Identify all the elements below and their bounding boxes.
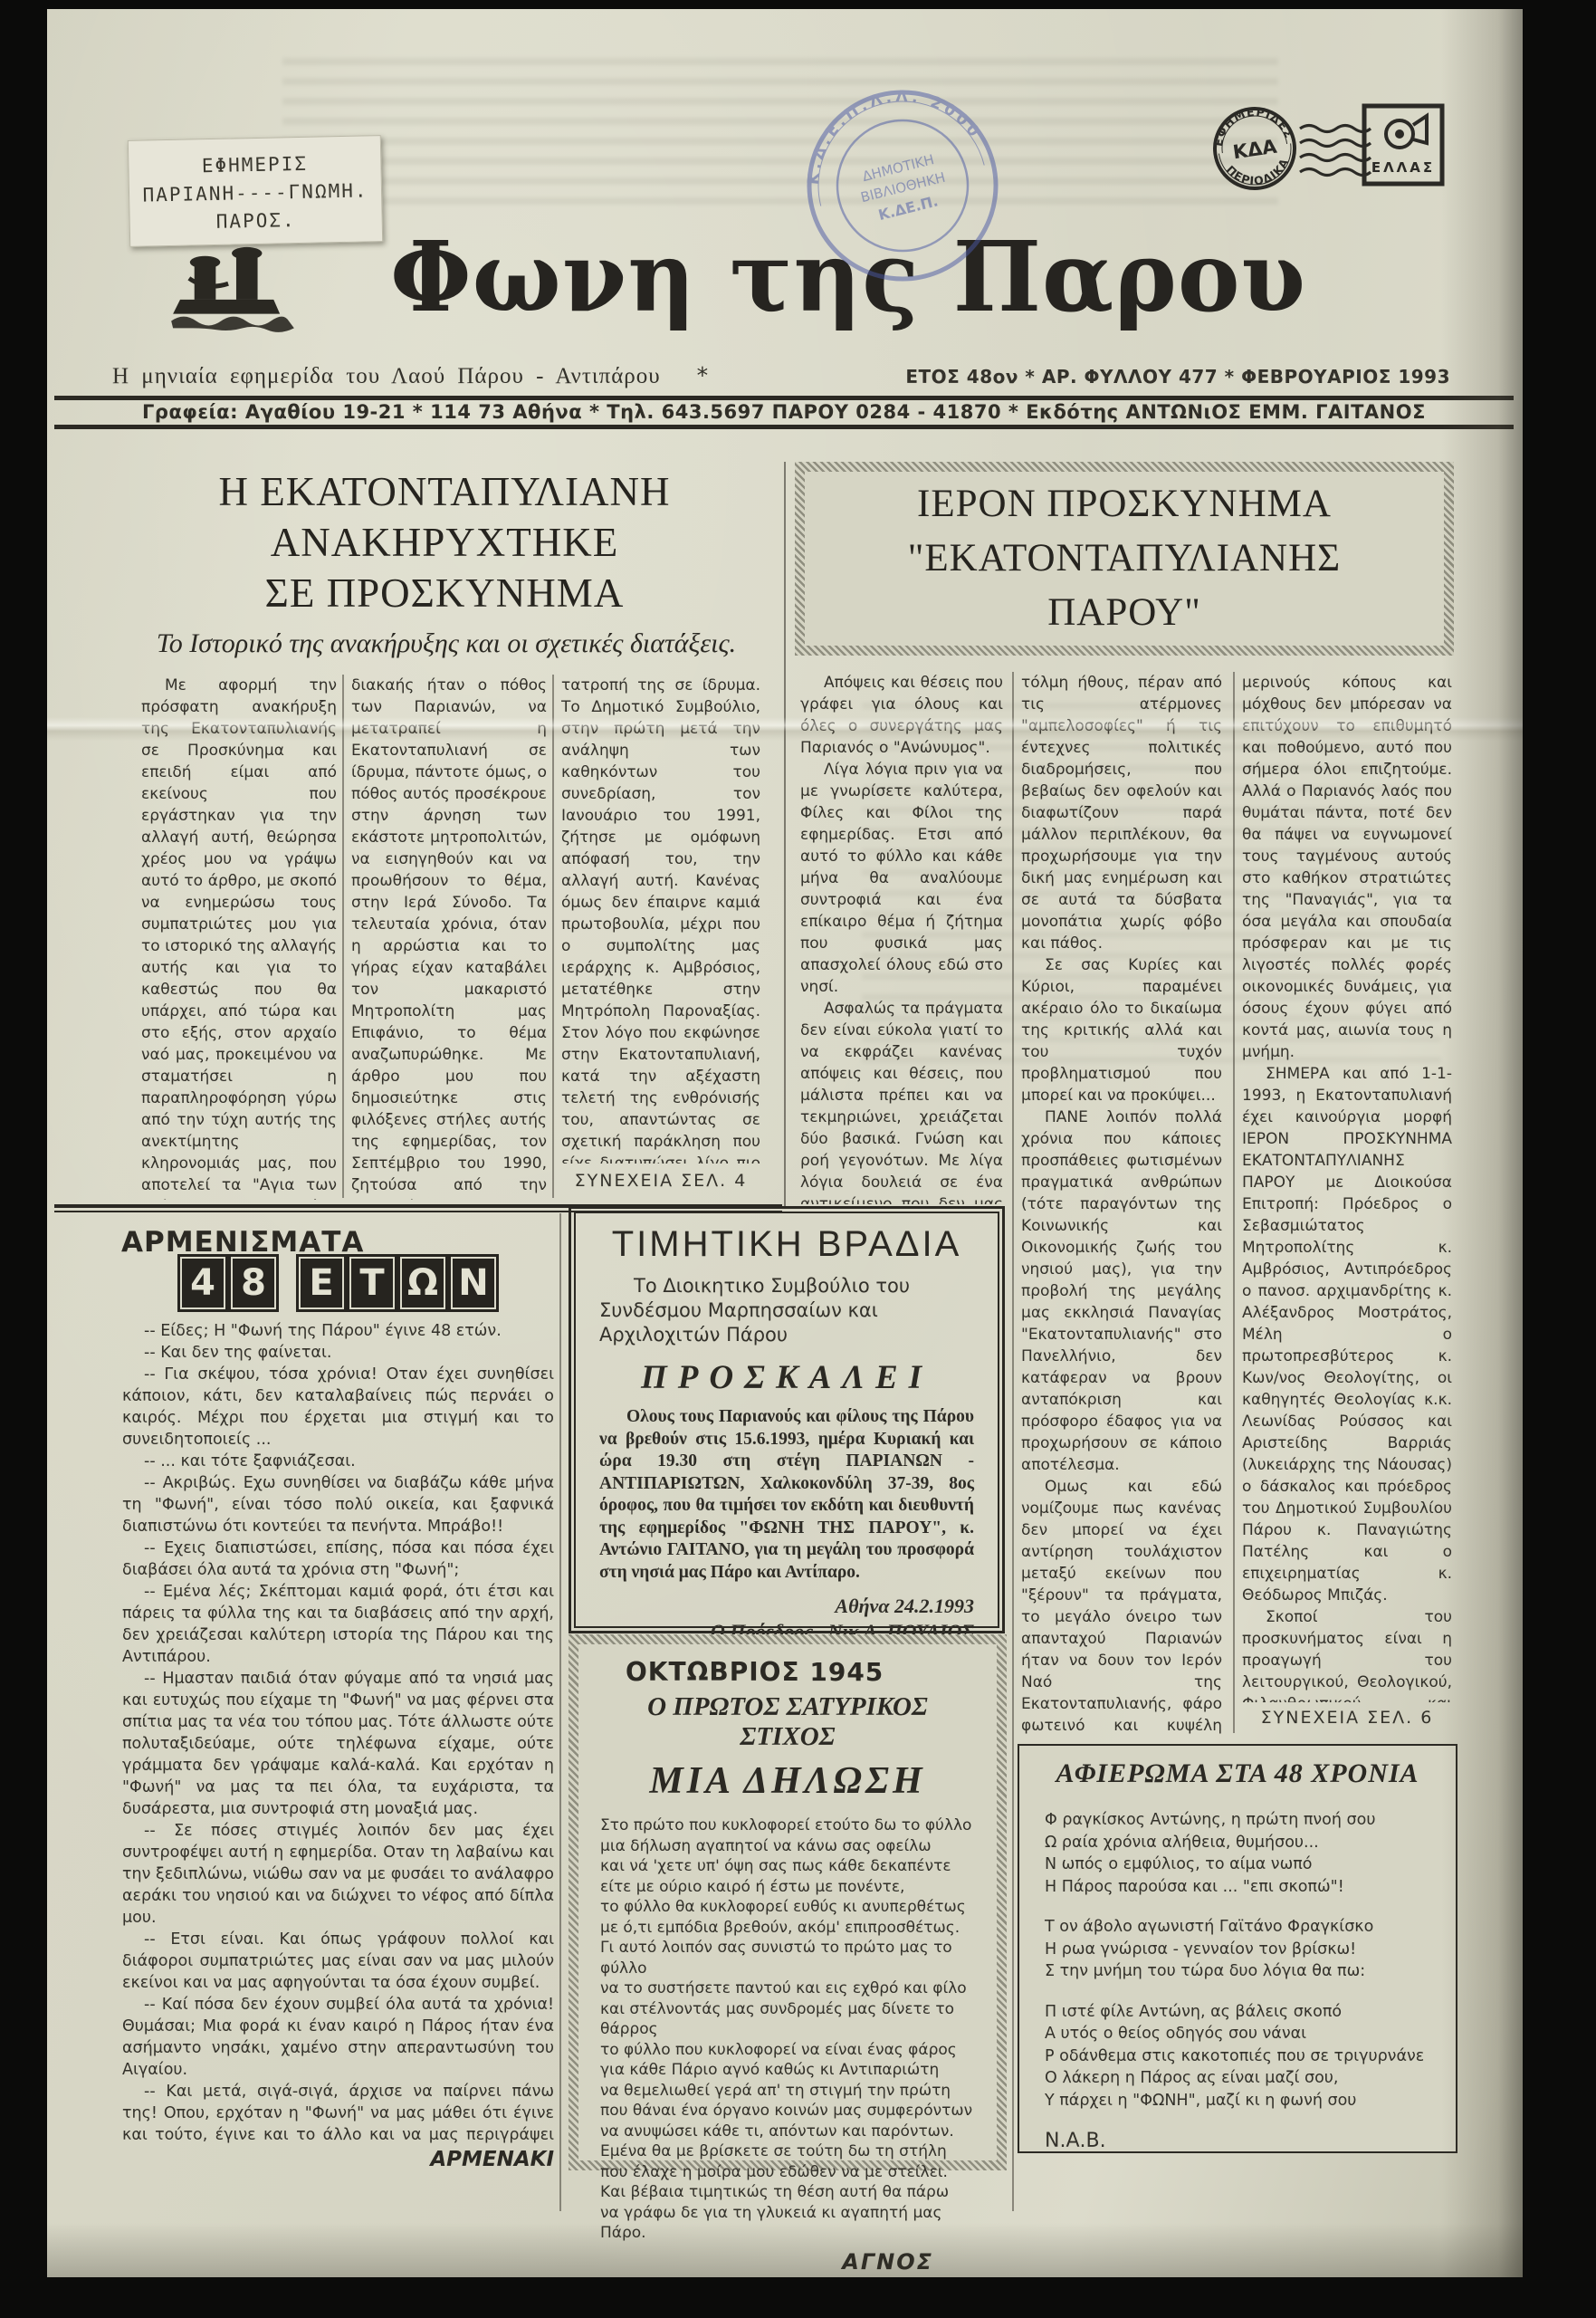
text-line: ΣΕ ΠΡΟΣΚΥΝΗΜΑ [101,568,788,618]
column-rule [1233,672,1235,1733]
address-line: Γραφεία: Αγαθίου 19-21 * 114 73 Αθήνα * … [54,401,1514,423]
invitation-verb: ΠΡΟΣΚΑΛΕΙ [599,1358,974,1397]
poem-line: Ο λάκερη η Πάρος ας είναι μαζί σου, [1045,2067,1430,2090]
column-rule [552,675,554,1198]
paragraph: -- Εμένα λές; Σκέπτομαι καμιά φορά, ότι … [122,1581,554,1668]
poem-line: Υ πάρχει η "ΦΩΝΗ", μαζί κι η φωνή σου [1045,2090,1430,2112]
armenismata-dialogue: -- Είδες; Η "Φωνή της Πάρου" έγινε 48 ετ… [122,1320,554,2146]
text-line: ΠΑΡΟΥ" [908,586,1341,640]
right-article-column-3: μερινούς κόπους και μόχθους δεν μπόρεσαν… [1242,672,1452,1702]
horizontal-rule [54,396,1514,400]
invitation-intro: Το Διοικητικο Συμβούλιο του Συνδέσμου Μα… [599,1274,974,1347]
svg-text:ΕΛΛΑΣ: ΕΛΛΑΣ [1371,159,1435,176]
paragraph: Απόψεις και θέσεις που γράφει για όλους … [800,672,1003,759]
paragraph: -- Ακριβώς. Εχω συνηθίσει να διαβάζω κάθ… [122,1472,554,1537]
poem-line: Π ιστέ φίλε Αντώνη, ας βάλεις σκοπό [1045,2001,1430,2024]
issue-info: ΕΤΟΣ 48ον * ΑΡ. ΦΥΛΛΟΥ 477 * ΦΕΒΡΟΥΑΡΙΟΣ… [905,366,1450,388]
poem-line: Ν ωπός ο εμφύλιος, το αίμα νωπό [1045,1853,1430,1876]
poem-line: Τ ον άβολο αγωνιστή Γαϊτάνο Φραγκίσκο [1045,1916,1430,1939]
paragraph: -- Και δεν της φαίνεται. [122,1342,554,1364]
paragraph: ΣΗΜΕΡΑ και από 1-1-1993, η Εκατονταπυλια… [1242,1063,1452,1606]
poem-line: Σ την μνήμη του τώρα δυο λόγια θα πω: [1045,1960,1430,1983]
right-article-headline: ΙΕΡΟΝ ΠΡΟΣΚΥΝΗΜΑ"ΕΚΑΤΟΝΤΑΠΥΛΙΑΝΗΣΠΑΡΟΥ" [908,477,1341,640]
invitation-body: Ολους τους Παριανούς και φίλους της Πάρο… [599,1406,974,1584]
newspaper-page: ΕΦΗΜΕΡΙΣΠΑΡΙΑΝΗ----ΓΝΩΜΗ.ΠΑΡΟΣ. Φωνη της… [47,9,1523,2277]
poem-line: Η ρωα γνώρισα - γενναίον τον βρίσκω! [1045,1939,1430,1961]
paper-edge-shadow [1441,9,1523,2277]
paragraph: που θάναι ένα όργανο κοινών μας συμφερόν… [600,2101,975,2122]
text-line: 8 [233,1259,274,1307]
right-article-column-1: Απόψεις και θέσεις που γράφει για όλους … [800,672,1003,1204]
paragraph: Σκοποί του προσκυνήματος είναι η προαγωγ… [1242,1606,1452,1702]
paragraph: για κάθε Πάριο αγνό καθώς κι Αντιπαριώτη [600,2060,975,2081]
satire-kicker: ΟΚΤΩΒΡΙΟΣ 1945 [600,1657,975,1687]
text-line: Η ΕΚΑΤΟΝΤΑΠΥΛΙΑΝΗ [101,466,788,517]
honorary-evening-invitation-box: ΤΙΜΗΤΙΚΗ ΒΡΑΔΙΑ Το Διοικητικο Συμβούλιο … [569,1206,1005,1633]
tribute-acrostic-poem: Φ ραγκίσκος Αντώνης, η πρώτη πνοή σουΩ ρ… [1045,1809,1430,2112]
invitation-dateline: Αθήνα 24.2.1993 [599,1595,974,1618]
paragraph: -- Ημασταν παιδιά όταν φύγαμε από τα νησ… [122,1668,554,1820]
paragraph: τατροπή της σε ίδρυμα. Το Δημοτικό Συμβο… [561,675,760,1164]
paragraph: το φύλλο που κυκλοφορεί να είναι ένας φά… [600,2040,975,2061]
48-eton-boxed-title: 48ΕΤΩΝ [122,1259,554,1307]
paragraph: -- Εχεις διαπιστώσει, επίσης, πόσα και π… [122,1537,554,1581]
star-separator: * [697,362,710,388]
text-line: 4 [182,1259,224,1307]
postal-round-stamp: ΕΦΗΜΕΡΙΔΕΣ ΚΔΑ ΠΕΡΙΟΔΙΚΑ [1204,98,1306,200]
text-line: Τ [351,1259,393,1307]
paragraph: -- Καί πόσα δεν έχουν συμβεί όλα αυτά τα… [122,1994,554,2081]
paragraph: Με αφορμή την πρόσφατη ανακήρυξη της Εκα… [141,675,337,1200]
paragraph: Λίγα λόγια πριν για να με γνωρίσετε καλύ… [800,759,1003,998]
text-line: ΠΑΡΙΑΝΗ----ΓΝΩΜΗ. [129,177,382,210]
paragraph: -- Είδες; Η "Φωνή της Πάρου" έγινε 48 ετ… [122,1320,554,1342]
text-line: ΙΕΡΟΝ ΠΡΟΣΚΥΝΗΜΑ [908,477,1341,532]
continued-on-page-6: ΣΥΝΕΧΕΙΑ ΣΕΛ. 6 [1242,1708,1452,1728]
paragraph: που έλαχε η μοίρα μου εδώθεν να με στείλ… [600,2162,975,2183]
text-line: Ε [301,1259,342,1307]
satire-subtitle: Ο ΠΡΩΤΟΣ ΣΑΤΥΡΙΚΟΣ ΣΤΙΧΟΣ [600,1692,975,1752]
paragraph: Σε σας Κυρίες και Κύριοι, παραμένει ακέρ… [1021,954,1222,1106]
left-article-column-3: τατροπή της σε ίδρυμα. Το Δημοτικό Συμβο… [561,675,760,1164]
text-line: "ΕΚΑΤΟΝΤΑΠΥΛΙΑΝΗΣ [908,532,1341,586]
text-line: Ω [402,1259,444,1307]
paragraph: Στο πρώτο που κυκλοφορεί ετούτο δω το φύ… [600,1815,975,1836]
text-line: ΑΝΑΚΗΡΥΧΤΗΚΕ [101,517,788,568]
paragraph: να ανυψώσει κάθε τι, απόντων και παρόντω… [600,2122,975,2142]
paper-crease [47,717,1523,741]
paragraph: μια δήλωση αγαπητοί να κάνω σας οφείλω [600,1836,975,1857]
continued-on-page-4: ΣΥΝΕΧΕΙΑ ΣΕΛ. 4 [561,1171,760,1191]
paper-edge-shadow [47,2223,1523,2277]
svg-text:ΚΔΑ: ΚΔΑ [1231,136,1278,164]
tagline: Η μηνιαία εφημερίδα του Λαού Πάρου - Αντ… [112,362,709,389]
right-article-headline-box: ΙΕΡΟΝ ΠΡΟΣΚΥΝΗΜΑ"ΕΚΑΤΟΝΤΑΠΥΛΙΑΝΗΣΠΑΡΟΥ" [795,462,1454,656]
poem-line: Α υτός ο θείος οδηγός σου νάναι [1045,2023,1430,2045]
armenismata-kicker: ΑΡΜΕΝΙΣΜΑΤΑ [121,1226,364,1259]
stanza: Τ ον άβολο αγωνιστή Γαϊτάνο ΦραγκίσκοΗ ρ… [1045,1916,1430,1983]
paragraph: το φύλλο θα κυκλοφορεί ευθύς κι ανυπερθέ… [600,1897,975,1918]
section-divider-rule [784,462,786,1206]
left-article-column-2: διακαής ήταν ο πόθος των Παριανών, να με… [351,675,547,1200]
poem-line: Η Πάρος παρούσα και ... "επι σκοπώ"! [1045,1876,1430,1899]
column-rule [342,675,344,1198]
48-years-tribute-box: ΑΦΙΕΡΩΜΑ ΣΤΑ 48 ΧΡΟΝΙΑ Φ ραγκίσκος Αντών… [1018,1744,1457,2153]
paragraph: τόλμη ήθους, πέραν από τις ατέρμονες "αμ… [1021,672,1222,954]
paragraph: Εμένα θα με βρίσκετε σε τούτη δω τη στήλ… [600,2141,975,2162]
left-article-column-1: Με αφορμή την πρόσφατη ανακήρυξη της Εκα… [141,675,337,1200]
paragraph: ΠΑΝΕ λοιπόν πολλά χρόνια που κάποιες προ… [1021,1106,1222,1476]
paragraph: διακαής ήταν ο πόθος των Παριανών, να με… [351,675,547,1200]
left-article-headline: Η ΕΚΑΤΟΝΤΑΠΥΛΙΑΝΗΑΝΑΚΗΡΥΧΤΗΚΕΣΕ ΠΡΟΣΚΥΝΗ… [101,466,788,618]
paragraph: -- ... και τότε ξαφνιάζεσαι. [122,1451,554,1472]
paragraph: Και βέβαια τιμητικώς τη θέση αυτή θα πάρ… [600,2182,975,2203]
paragraph: -- Για σκέψου, τόσα χρόνια! Οταν έχει συ… [122,1364,554,1451]
right-article-column-2: τόλμη ήθους, πέραν από τις ατέρμονες "αμ… [1021,672,1222,1738]
paragraph: -- Ετσι είναι. Και όπως γράφουν πολλοί κ… [122,1929,554,1994]
paragraph: και στέλνοντάς μας συνδρομές μας δίνετε … [600,1999,975,2040]
paragraph: να το συστήσετε παντού και εις εχθρό και… [600,1978,975,1999]
paragraph: -- Και μετά, σιγά-σιγά, άρχισε να παίρνε… [122,2081,554,2146]
satire-title: ΜΙΑ ΔΗΛΩΣΗ [600,1759,975,1803]
left-article-subhead: Το Ιστορικό της ανακήρυξης και οι σχετικ… [98,628,795,659]
paragraph: Ασφαλώς τα πράγματα δεν είναι εύκολα για… [800,998,1003,1204]
horizontal-rule [54,425,1514,429]
stanza: Φ ραγκίσκος Αντώνης, η πρώτη πνοή σουΩ ρ… [1045,1809,1430,1898]
tribute-signature: Ν.Α.Β. [1045,2130,1430,2152]
hellas-posthorn-stamp: ΕΛΛΑΣ [1362,103,1445,187]
paragraph: Γι αυτό λοιπόν σας συνιστώ το πρώτο μας … [600,1938,975,1978]
text-line: Ν [453,1259,494,1307]
column-rule [1012,672,1014,2211]
paragraph: Ομως και εδώ νομίζουμε πως κανένας δεν μ… [1021,1476,1222,1738]
column-rule [559,1213,561,2211]
satirical-verse-box: ΟΚΤΩΒΡΙΟΣ 1945 Ο ΠΡΩΤΟΣ ΣΑΤΥΡΙΚΟΣ ΣΤΙΧΟΣ… [569,1634,1007,2170]
poem-line: Ω ραία χρόνια αλήθεια, θυμήσου... [1045,1832,1430,1854]
invitation-title: ΤΙΜΗΤΙΚΗ ΒΡΑΔΙΑ [599,1224,974,1265]
paragraph: με ό,τι εμπόδια βρεθούν, ακόμ' επιπροσθέ… [600,1918,975,1939]
paragraph: και νά 'χετε υπ' όψη σας πως κάθε δεκαπέ… [600,1856,975,1877]
poem-line: Φ ραγκίσκος Αντώνης, η πρώτη πνοή σου [1045,1809,1430,1832]
stanza: Π ιστέ φίλε Αντώνη, ας βάλεις σκοπόΑ υτό… [1045,2001,1430,2112]
poem-line: Ρ οδάνθεμα στις κακοτοπιές που σε τριγυρ… [1045,2045,1430,2068]
paragraph: να θεμελιωθεί γερά απ' τη στιγμή την πρώ… [600,2081,975,2102]
satire-poem: Στο πρώτο που κυκλοφορεί ετούτο δω το φύ… [600,1815,975,2244]
armenismata-signature: ΑΡΜΕΝΑΚΙ [122,2148,554,2171]
tribute-title: ΑΦΙΕΡΩΜΑ ΣΤΑ 48 ΧΡΟΝΙΑ [1045,1758,1430,1789]
masthead-info-row: Η μηνιαία εφημερίδα του Λαού Πάρου - Αντ… [112,362,1450,391]
paragraph: είτε με ούριο καιρό ή έστω με πονέντε, [600,1877,975,1898]
paragraph: -- Σε πόσες στιγμές λοιπόν δεν μας έχει … [122,1820,554,1929]
